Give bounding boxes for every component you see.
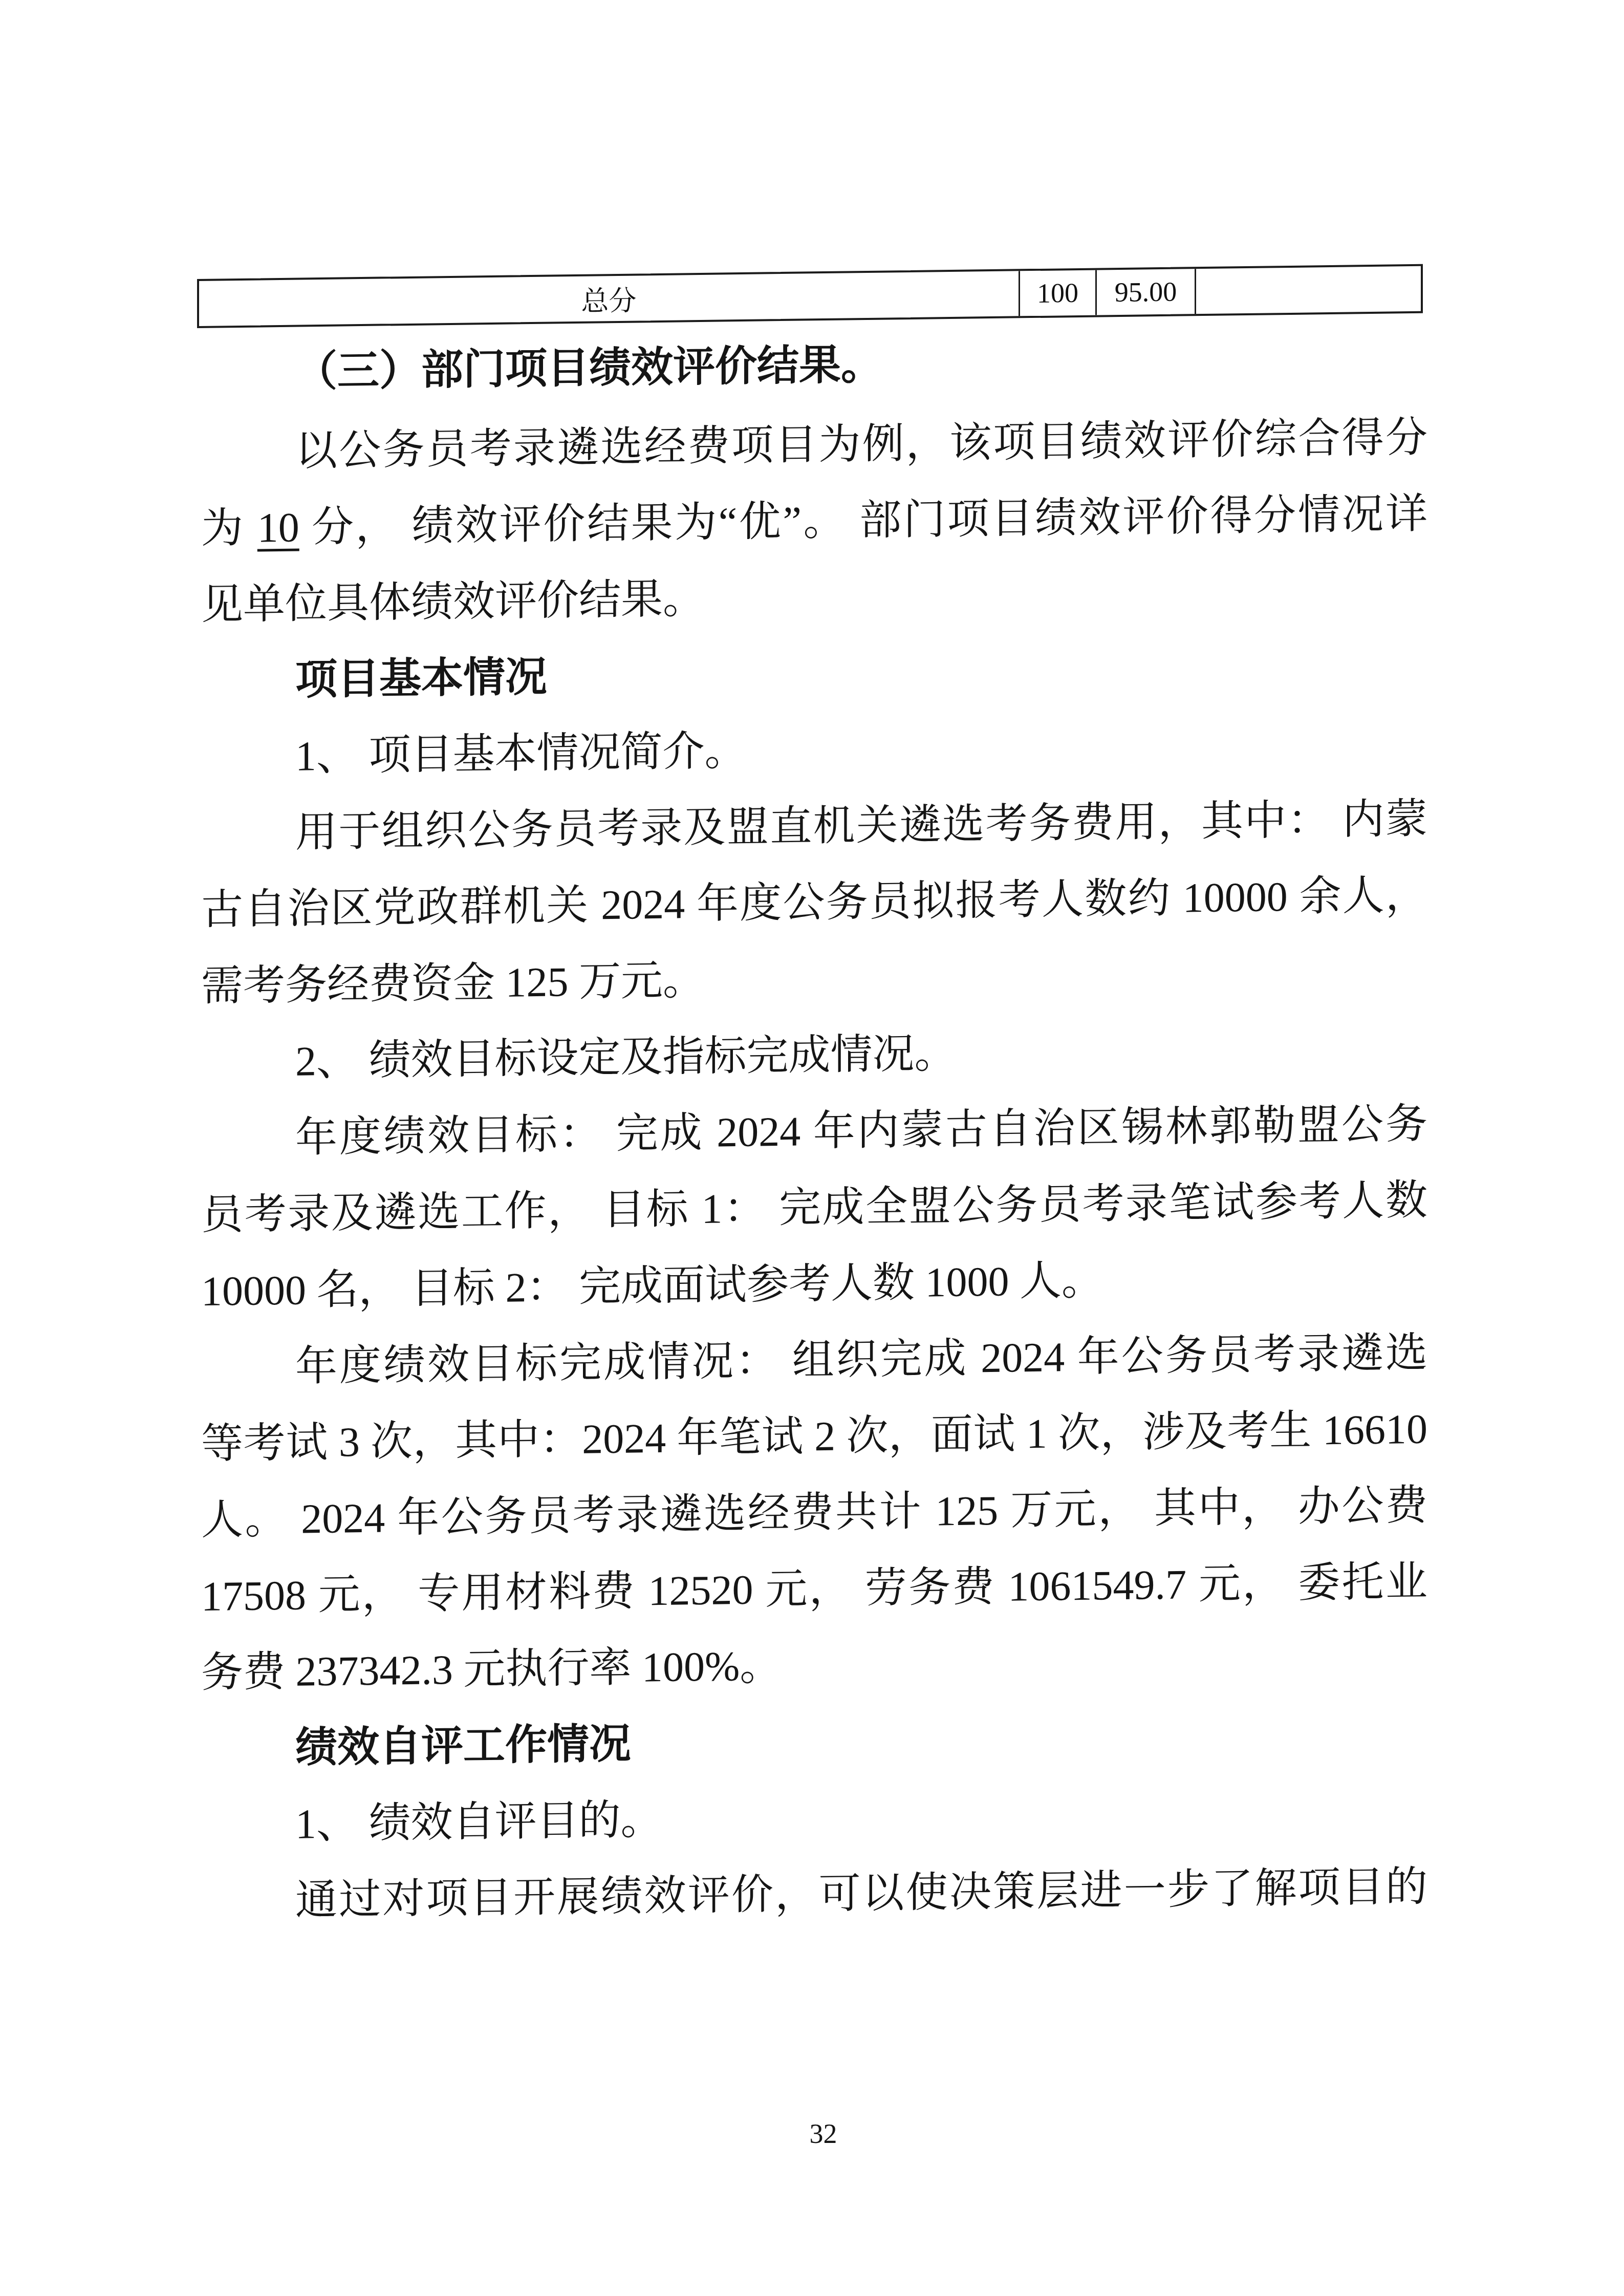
section-heading: 项目基本情况: [201, 628, 1427, 719]
paragraph-line: 10000 名， 目标 2： 完成面试参考人数 1000 人。: [201, 1238, 1427, 1329]
table-cell-empty: [1196, 266, 1421, 314]
paragraph-line: 通过对项目开展绩效评价，可以使决策层进一步了解项目的: [201, 1849, 1427, 1940]
text-segment: 年度绩效目标完成情况： 组织完成 2024 年公务员考录遴选: [295, 1329, 1427, 1390]
text-segment: 务费 237342.3 元执行率 100%。: [201, 1642, 782, 1696]
text-segment: 古自治区党政群机关 2024 年度公务员拟报考人数约 10000 余人，: [201, 872, 1427, 933]
paragraph-line: 务费 237342.3 元执行率 100%。: [201, 1620, 1427, 1711]
page-number: 32: [11, 2118, 1624, 2149]
paragraph-line: 见单位具体绩效评价结果。: [201, 552, 1427, 643]
paragraph-line: 1、 项目基本情况简介。: [201, 704, 1427, 796]
text-segment: 用于组织公务员考录及盟直机关遴选考务费用，其中： 内蒙: [295, 796, 1427, 856]
underlined-score-value: 10: [257, 504, 299, 551]
paragraph-line: 1、 绩效自评目的。: [201, 1772, 1427, 1863]
text-segment: 人。 2024 年公务员考录遴选经费共计 125 万元， 其中， 办公费: [201, 1482, 1427, 1543]
text-segment: 绩效自评工作情况: [295, 1721, 631, 1771]
text-segment: 分， 绩效评价结果为“优”。 部门项目绩效评价得分情况详: [299, 490, 1427, 551]
text-segment: 1、 绩效自评目的。: [295, 1796, 663, 1848]
text-segment: 见单位具体绩效评价结果。: [201, 575, 705, 628]
paragraph-line: 以公务员考录遴选经费项目为例，该项目绩效评价综合得分: [201, 399, 1427, 490]
table-cell-max-score: 100: [1020, 270, 1097, 316]
paragraph-line: 年度绩效目标： 完成 2024 年内蒙古自治区锡林郭勒盟公务: [201, 1086, 1427, 1177]
text-segment: 需考务经费资金 125 万元。: [201, 957, 705, 1010]
table-cell-total-label: 总分: [199, 271, 1020, 326]
paragraph-line: 年度绩效目标完成情况： 组织完成 2024 年公务员考录遴选: [201, 1315, 1427, 1406]
section-heading: （三）部门项目绩效评价结果。: [201, 320, 1427, 411]
scanned-document-page: { "table": { "row": { "label": "总分", "ma…: [0, 0, 1624, 2296]
text-segment: 通过对项目开展绩效评价，可以使决策层进一步了解项目的: [295, 1863, 1427, 1924]
body-text-flow: （三）部门项目绩效评价结果。以公务员考录遴选经费项目为例，该项目绩效评价综合得分…: [201, 320, 1427, 1940]
paragraph-line: 用于组织公务员考录及盟直机关遴选考务费用，其中： 内蒙: [201, 781, 1427, 872]
section-heading: 绩效自评工作情况: [201, 1696, 1427, 1787]
text-segment: 1、 项目基本情况简介。: [295, 727, 747, 780]
paragraph-line: 员考录及遴选工作， 目标 1： 完成全盟公务员考录笔试参考人数: [201, 1162, 1427, 1253]
paragraph-line: 古自治区党政群机关 2024 年度公务员拟报考人数约 10000 余人，: [201, 857, 1427, 948]
table-cell-score: 95.00: [1097, 269, 1196, 315]
scan-skew-layer: 总分 100 95.00 （三）部门项目绩效评价结果。以公务员考录遴选经费项目为…: [197, 0, 1431, 2296]
paragraph-line: 等考试 3 次，其中：2024 年笔试 2 次，面试 1 次，涉及考生 1661…: [201, 1391, 1427, 1482]
paragraph-line: 需考务经费资金 125 万元。: [201, 933, 1427, 1024]
text-segment: 为: [201, 505, 257, 552]
text-segment: 2、 绩效目标设定及指标完成情况。: [295, 1030, 957, 1085]
text-segment: 等考试 3 次，其中：2024 年笔试 2 次，面试 1 次，涉及考生 1661…: [201, 1406, 1427, 1467]
paragraph-line: 人。 2024 年公务员考录遴选经费共计 125 万元， 其中， 办公费: [201, 1467, 1427, 1558]
text-segment: 年度绩效目标： 完成 2024 年内蒙古自治区锡林郭勒盟公务: [295, 1101, 1427, 1161]
text-segment: （三）部门项目绩效评价结果。: [295, 341, 883, 395]
text-segment: 17508 元， 专用材料费 12520 元， 劳务费 1061549.7 元，…: [201, 1558, 1427, 1620]
score-table: 总分 100 95.00: [197, 264, 1423, 328]
text-segment: 员考录及遴选工作， 目标 1： 完成全盟公务员考录笔试参考人数: [201, 1177, 1427, 1238]
text-segment: 10000 名， 目标 2： 完成面试参考人数 1000 人。: [201, 1257, 1103, 1315]
paragraph-line: 17508 元， 专用材料费 12520 元， 劳务费 1061549.7 元，…: [201, 1543, 1427, 1635]
paragraph-line: 2、 绩效目标设定及指标完成情况。: [201, 1010, 1427, 1101]
paragraph-line: 为 10 分， 绩效评价结果为“优”。 部门项目绩效评价得分情况详: [201, 476, 1427, 567]
text-segment: 以公务员考录遴选经费项目为例，该项目绩效评价综合得分: [295, 414, 1427, 475]
text-segment: 项目基本情况: [295, 654, 547, 703]
